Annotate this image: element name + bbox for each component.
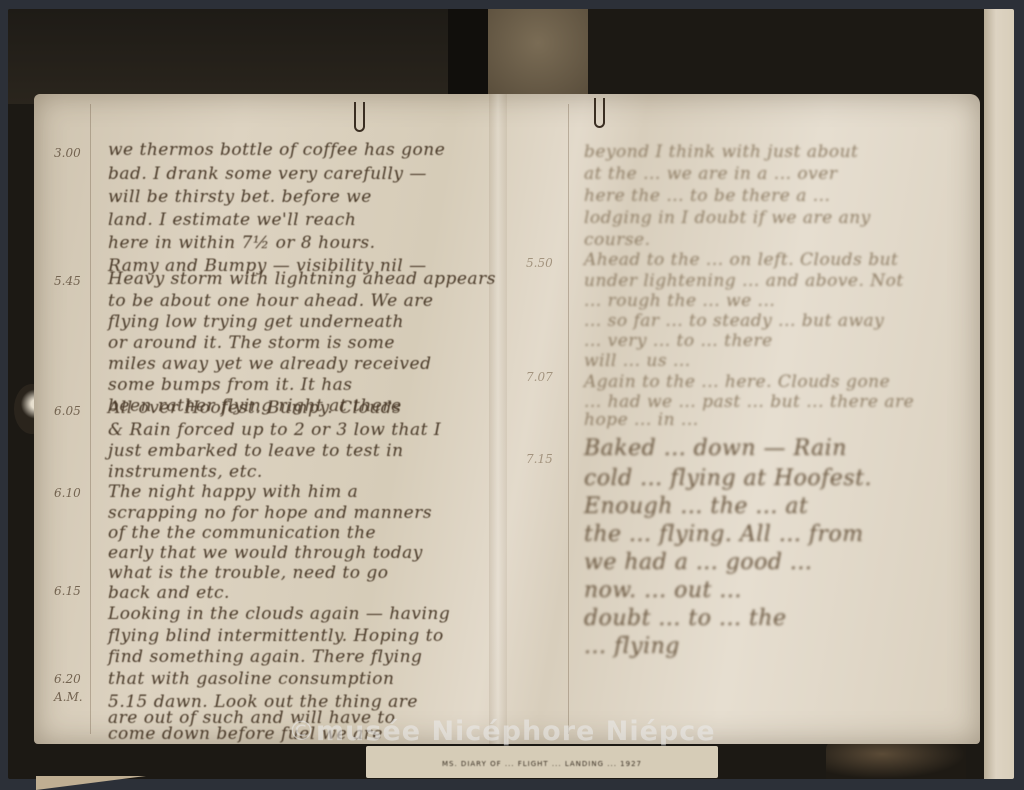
handwritten-line: Looking in the clouds again — having [108,604,450,624]
time-note: 5.50 [526,256,553,270]
margin-rule [568,104,569,734]
handwritten-line: instruments, etc. [108,462,263,482]
copyright-watermark: ©musée Nicéphore Niépce [288,716,716,747]
handwritten-line: Ahead to the ... on left. Clouds but [584,250,898,270]
handwritten-line: doubt ... to ... the [584,606,786,631]
handwritten-line: Again to the ... here. Clouds gone [584,372,890,392]
handwritten-line: cold ... flying at Hoofest. [584,466,872,491]
handwritten-line: we had a ... good ... [584,550,812,575]
handwritten-line: flying low trying get underneath [108,312,404,332]
print-right-border [984,9,1014,779]
handwritten-line: land. I estimate we'll reach [108,210,356,230]
time-note: 6.10 [54,486,81,500]
handwritten-line: just embarked to leave to test in [108,441,404,461]
time-note: 7.15 [526,452,553,466]
handwritten-line: we thermos bottle of coffee has gone [108,140,445,160]
handwritten-line: back and etc. [108,583,230,603]
handwritten-line: ... very ... to ... there [584,331,773,351]
watermark-text: musée Nicéphore Niépce [316,716,716,747]
time-note: 6.20 [54,672,81,686]
time-note-sub: A.M. [54,690,83,704]
handwritten-line: under lightening ... and above. Not [584,271,904,291]
time-note: 6.05 [54,404,81,418]
handwritten-line: miles away yet we already received [108,354,431,374]
handwritten-line: the ... flying. All ... from [584,522,864,547]
margin-rule [90,104,91,734]
handwritten-line: will be thirsty bet. before we [108,187,372,207]
handwritten-line: ... so far ... to steady ... but away [584,311,884,331]
handwritten-line: flying blind intermittently. Hoping to [108,626,444,646]
handwritten-line: Heavy storm with lightning ahead appears [108,269,496,289]
dark-band-top [448,9,488,99]
handwritten-line: some bumps from it. It has [108,375,353,395]
time-note: 6.15 [54,584,81,598]
light-patch-top-center [488,9,588,94]
right-page: beyond I think with just about at the ..… [504,94,980,744]
handwritten-line: course. [584,230,651,250]
handwritten-line: Baked ... down — Rain [584,436,847,461]
handwritten-line: ... flying [584,634,680,659]
handwritten-line: hope ... in ... [584,410,699,430]
handwritten-line: to be about one hour ahead. We are [108,291,433,311]
time-note: 5.45 [54,274,81,288]
copyright-icon: © [288,716,316,747]
photograph-print: 3.00 we thermos bottle of coffee has gon… [8,9,1014,779]
handwritten-line: here the ... to be there a ... [584,186,830,206]
handwritten-line: Enough ... the ... at [584,494,808,519]
handwritten-line: bad. I drank some very carefully — [108,164,427,184]
specimen-label: MS. DIARY OF ... FLIGHT ... LANDING ... … [366,746,718,778]
handwritten-line: of the the communication the [108,523,376,543]
time-note: 3.00 [54,146,81,160]
handwritten-line: that with gasoline consumption [108,669,394,689]
handwritten-line: lodging in I doubt if we are any [584,208,871,228]
handwritten-line: & Rain forced up to 2 or 3 low that I [108,420,441,440]
dark-background-top-left [8,9,448,104]
handwritten-line: will ... us ... [584,351,691,371]
handwritten-line: what is the trouble, need to go [108,563,388,583]
handwritten-line: All over Hoofest. Bumpy. Clouds [108,398,401,418]
open-notebook: 3.00 we thermos bottle of coffee has gon… [34,94,980,744]
handwritten-line: now. ... out ... [584,578,742,603]
paper-scrap [36,776,146,790]
handwritten-line: ... had we ... past ... but ... there ar… [584,392,914,412]
handwritten-line: The night happy with him a [108,482,358,502]
handwritten-line: or around it. The storm is some [108,333,395,353]
handwritten-line: scrapping no for hope and manners [108,503,432,523]
handwritten-line: at the ... we are in a ... over [584,164,837,184]
left-page: 3.00 we thermos bottle of coffee has gon… [34,94,494,744]
specimen-label-text: MS. DIARY OF ... FLIGHT ... LANDING ... … [366,760,718,768]
handwritten-line: here in within 7½ or 8 hours. [108,233,376,253]
handwritten-line: ... rough the ... we ... [584,291,775,311]
handwritten-line: beyond I think with just about [584,142,858,162]
handwritten-line: early that we would through today [108,543,423,563]
handwritten-line: find something again. There flying [108,647,422,667]
time-note: 7.07 [526,370,553,384]
